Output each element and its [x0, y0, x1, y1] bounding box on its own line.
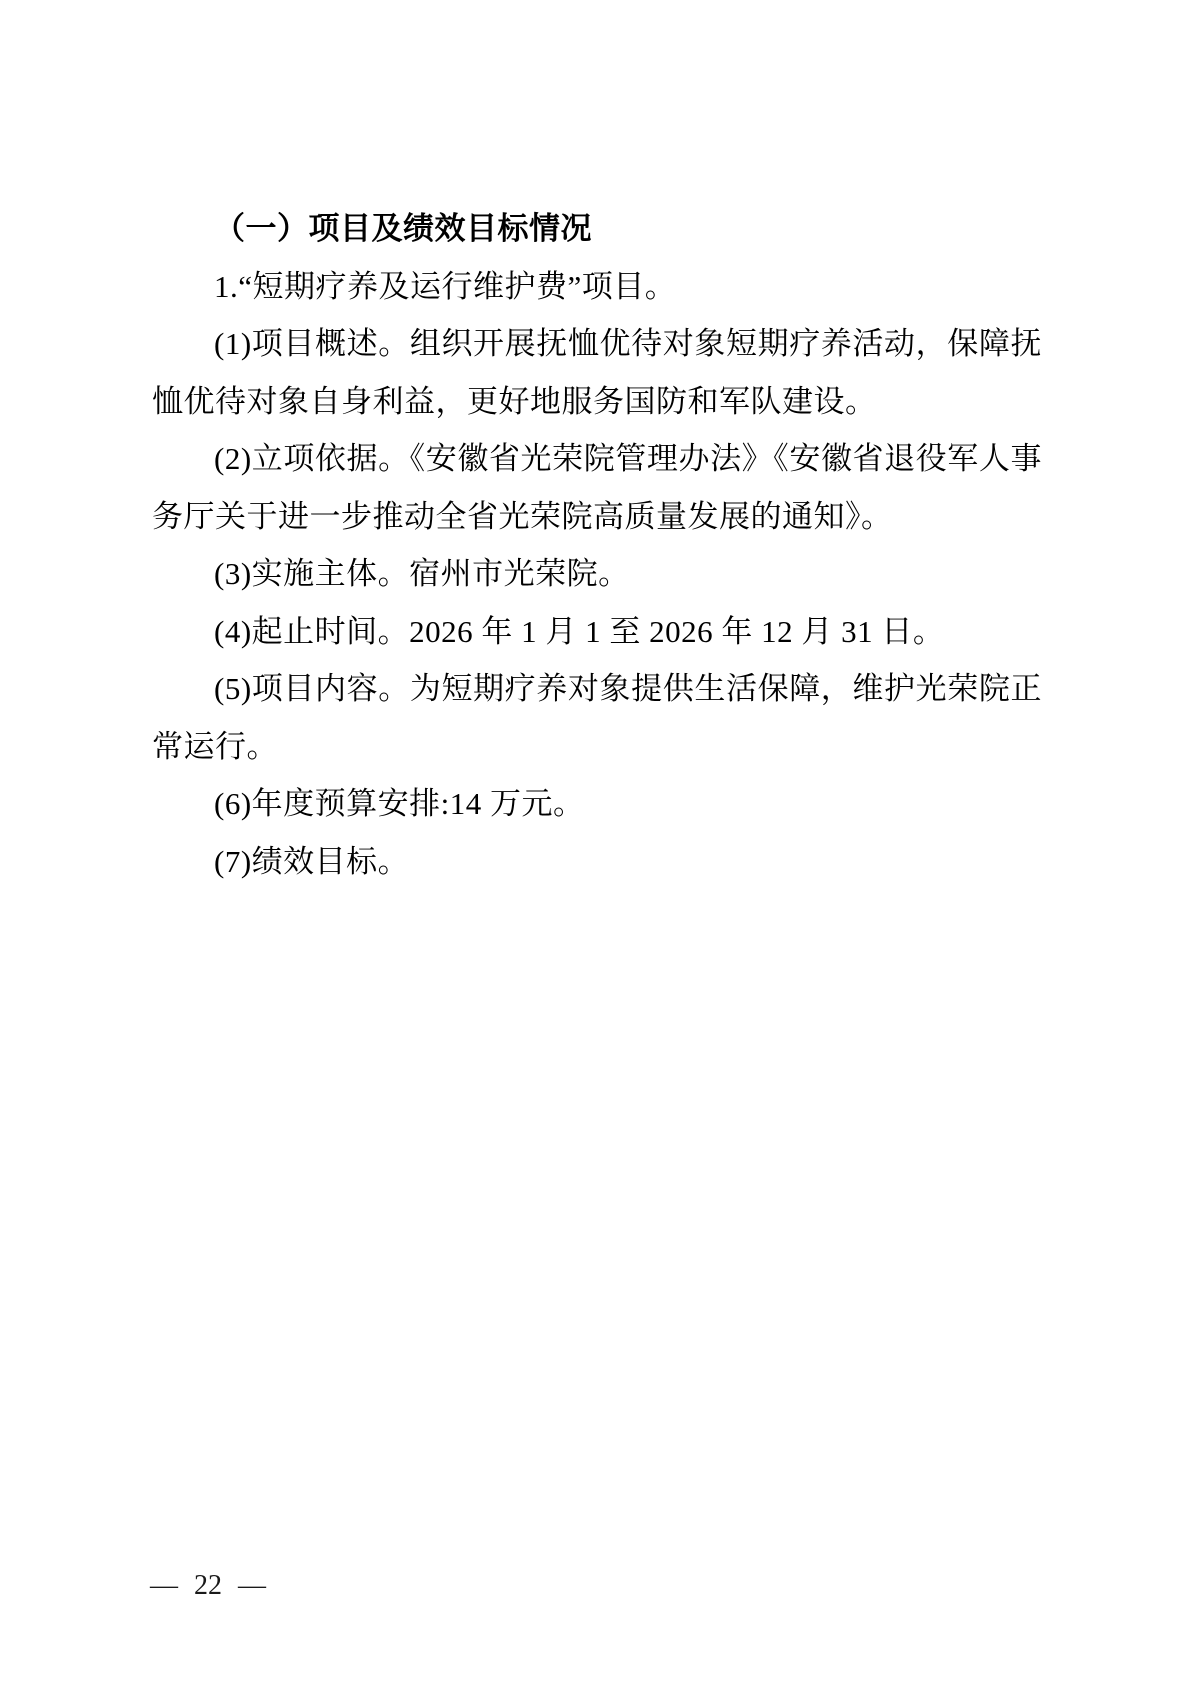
paragraph: (7)绩效目标。 — [152, 833, 1042, 891]
paragraph: (1)项目概述。组织开展抚恤优待对象短期疗养活动，保障抚恤优待对象自身利益，更好… — [152, 315, 1042, 430]
paragraph: (3)实施主体。宿州市光荣院。 — [152, 545, 1042, 603]
paragraph: (2)立项依据。《安徽省光荣院管理办法》《安徽省退役军人事务厅关于进一步推动全省… — [152, 430, 1042, 545]
document-page: （一）项目及绩效目标情况 1.“短期疗养及运行维护费”项目。 (1)项目概述。组… — [0, 0, 1190, 1683]
section-heading: （一）项目及绩效目标情况 — [152, 200, 1042, 258]
paragraph: 1.“短期疗养及运行维护费”项目。 — [152, 258, 1042, 316]
paragraph: (6)年度预算安排:14 万元。 — [152, 775, 1042, 833]
paragraph: (5)项目内容。为短期疗养对象提供生活保障，维护光荣院正常运行。 — [152, 660, 1042, 775]
footer-right-dash: — — [238, 1568, 266, 1604]
page-footer: — 22 — — [150, 1568, 266, 1604]
document-body: （一）项目及绩效目标情况 1.“短期疗养及运行维护费”项目。 (1)项目概述。组… — [152, 200, 1042, 890]
paragraph: (4)起止时间。2026 年 1 月 1 至 2026 年 12 月 31 日。 — [152, 603, 1042, 661]
page-number: 22 — [194, 1568, 222, 1604]
body-paragraphs: 1.“短期疗养及运行维护费”项目。 (1)项目概述。组织开展抚恤优待对象短期疗养… — [152, 258, 1042, 891]
footer-left-dash: — — [150, 1568, 178, 1604]
